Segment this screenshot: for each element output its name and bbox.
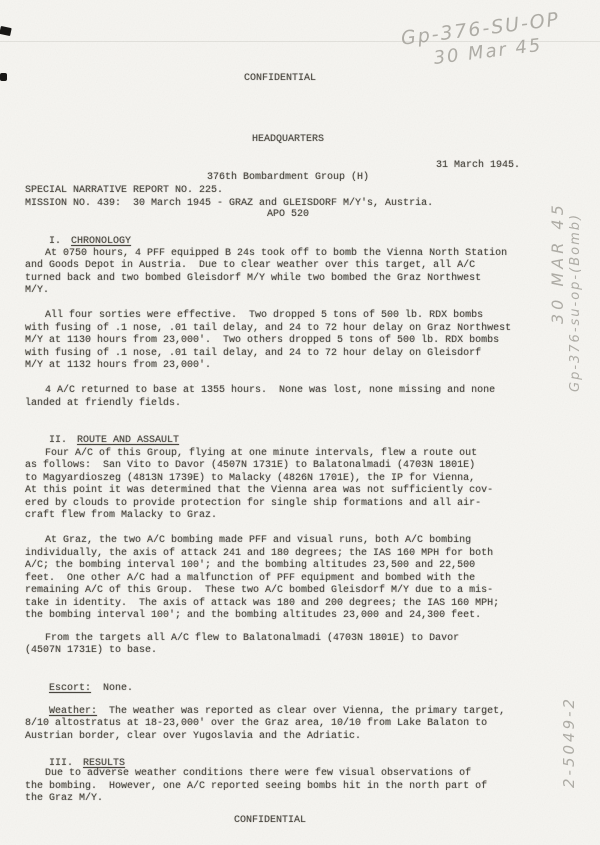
escort-value: None. <box>91 683 133 694</box>
pencil-annotation-right-edge-lower: 2-5049-2 <box>560 608 578 788</box>
weather-label: Weather: <box>49 706 97 717</box>
section-number: II. <box>49 435 67 446</box>
paragraph: Due to adverse weather conditions there … <box>25 768 582 806</box>
section-number: III. <box>49 758 73 769</box>
pencil-annotation-top-right: Gp-376-SU-OP 30 Mar 45 <box>400 7 565 74</box>
classification-banner-bottom: CONFIDENTIAL <box>0 815 570 828</box>
pencil-date-vertical: 30 MAR 45 <box>548 92 568 392</box>
paragraph: From the targets all A/C flew to Balaton… <box>25 633 582 658</box>
paragraph: All four sorties were effective. Two dro… <box>25 310 582 373</box>
section-title: ROUTE AND ASSAULT <box>77 435 179 446</box>
paragraph: 4 A/C returned to base at 1355 hours. No… <box>25 385 582 410</box>
paragraph: At 0750 hours, 4 PFF equipped B 24s took… <box>25 248 582 298</box>
scanned-report-page: CONFIDENTIAL HEADQUARTERS 376th Bombardm… <box>0 0 600 845</box>
weather-value: The weather was reported as clear over V… <box>25 706 505 742</box>
letterhead-group: 376th Bombardment Group (H) <box>0 172 588 185</box>
report-date: 31 March 1945. <box>436 160 520 173</box>
pencil-annotation-right-edge-upper: 30 MAR 45 Gp-376-su-op-(Bomb) <box>548 92 584 392</box>
section-title: CHRONOLOGY <box>71 236 131 247</box>
paragraph: Four A/C of this Group, flying at one mi… <box>25 448 582 523</box>
section-title: RESULTS <box>83 758 125 769</box>
edge-ink-mark <box>0 26 12 36</box>
pencil-file-number-vertical: Gp-376-su-op-(Bomb) <box>568 92 584 392</box>
letterhead-headquarters: HEADQUARTERS <box>0 134 588 147</box>
mission-line: MISSION NO. 439: 30 March 1945 - GRAZ an… <box>25 198 433 211</box>
paragraph: At Graz, the two A/C bombing made PFF an… <box>25 535 582 623</box>
section-number: I. <box>49 236 61 247</box>
report-number-line: SPECIAL NARRATIVE REPORT NO. 225. <box>25 185 223 198</box>
letterhead-apo: APO 520 <box>0 209 588 222</box>
classification-banner-top: CONFIDENTIAL <box>0 73 580 86</box>
escort-label: Escort: <box>49 683 91 694</box>
